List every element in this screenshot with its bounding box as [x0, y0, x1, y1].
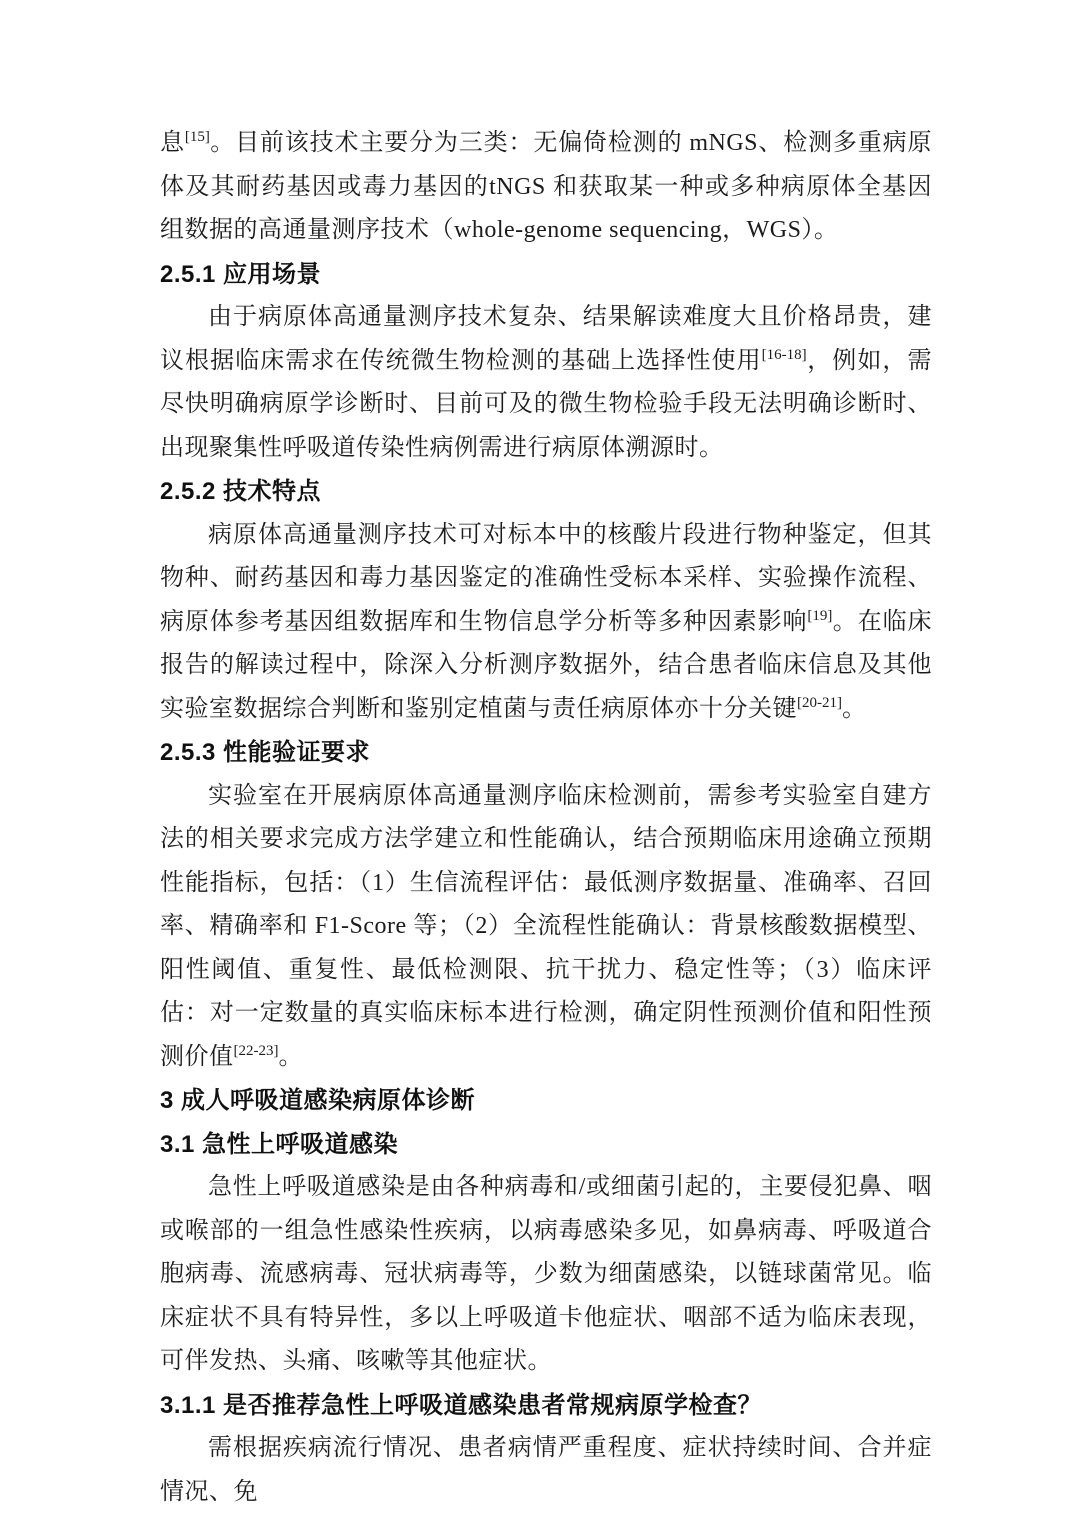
paragraph-3-1-1-answer-truncated: 需根据疾病流行情况、患者病情严重程度、症状持续时间、合并症情况、免	[160, 1427, 932, 1514]
document-content: 息[15]。目前该技术主要分为三类：无偏倚检测的 mNGS、检测多重病原体及其耐…	[160, 122, 932, 1514]
paragraph-technical-features: 病原体高通量测序技术可对标本中的核酸片段进行物种鉴定，但其物种、耐药基因和毒力基…	[160, 514, 932, 732]
heading-3-adult-respiratory-infection-diagnosis: 3 成人呼吸道感染病原体诊断	[160, 1079, 932, 1123]
paragraph-acute-upper-respiratory-infection: 急性上呼吸道感染是由各种病毒和/或细菌引起的，主要侵犯鼻、咽或喉部的一组急性感染…	[160, 1166, 932, 1384]
heading-2-5-2-technical-features: 2.5.2 技术特点	[160, 470, 932, 514]
heading-2-5-1-application-scenarios: 2.5.1 应用场景	[160, 253, 932, 297]
paragraph-performance-validation: 实验室在开展病原体高通量测序临床检测前，需参考实验室自建方法的相关要求完成方法学…	[160, 775, 932, 1080]
citation-superscript: [22-23]	[234, 1043, 279, 1059]
citation-superscript: [15]	[185, 129, 210, 145]
paragraph-application-scenarios: 由于病原体高通量测序技术复杂、结果解读难度大且价格昂贵，建议根据临床需求在传统微…	[160, 296, 932, 470]
document-page: 息[15]。目前该技术主要分为三类：无偏倚检测的 mNGS、检测多重病原体及其耐…	[0, 0, 1080, 1527]
heading-3-1-acute-upper-respiratory-infection: 3.1 急性上呼吸道感染	[160, 1123, 932, 1167]
heading-2-5-3-performance-validation: 2.5.3 性能验证要求	[160, 731, 932, 775]
paragraph-ngs-classification-continued: 息[15]。目前该技术主要分为三类：无偏倚检测的 mNGS、检测多重病原体及其耐…	[160, 122, 932, 253]
heading-3-1-1-routine-etiology-testing-question: 3.1.1 是否推荐急性上呼吸道感染患者常规病原学检查？	[160, 1384, 932, 1428]
citation-superscript: [16-18]	[762, 347, 807, 363]
citation-superscript: [20-21]	[797, 695, 842, 711]
citation-superscript: [19]	[807, 608, 832, 624]
